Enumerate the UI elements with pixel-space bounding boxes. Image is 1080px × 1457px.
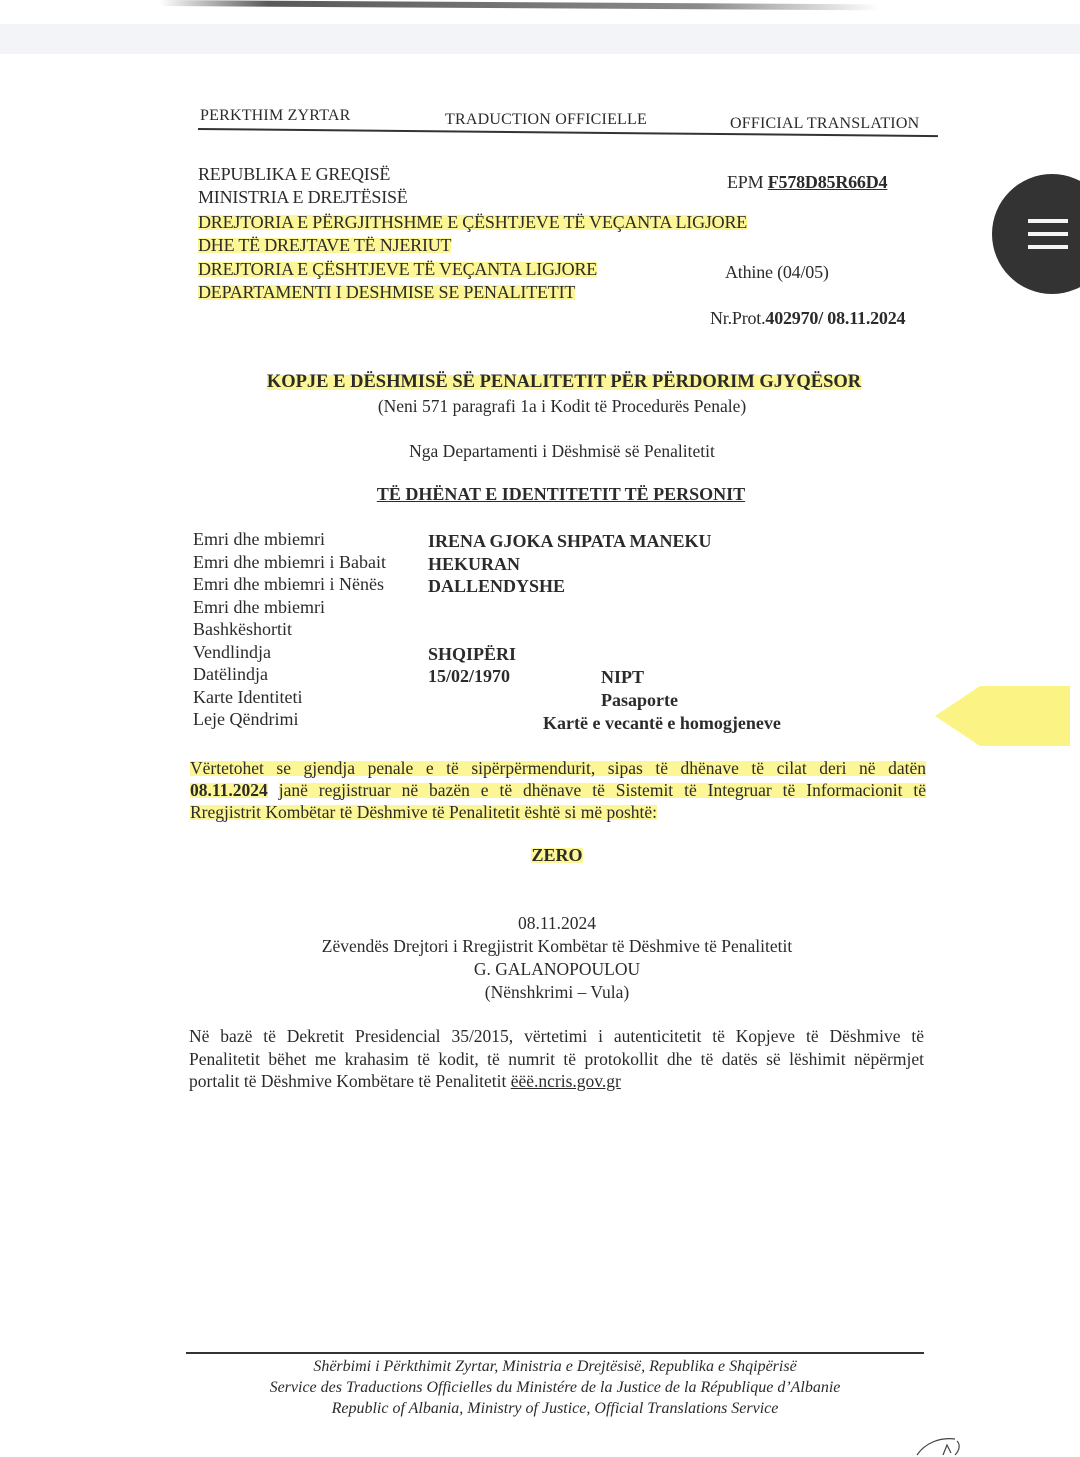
- section-heading-identity: TË DHËNAT E IDENTITETIT TË PERSONIT: [0, 484, 1080, 505]
- scan-edge-line: [160, 0, 880, 10]
- header-albanian: PERKTHIM ZYRTAR: [200, 107, 351, 125]
- label-id-card: Karte Identiteti: [193, 686, 386, 709]
- epm-label: EPM: [727, 172, 763, 192]
- header-french: TRADUCTION OFFICIELLE: [445, 111, 647, 129]
- value-father-name: HEKURAN: [428, 553, 712, 576]
- signature-scribble-icon: [915, 1435, 965, 1457]
- menu-bar-top: [1028, 219, 1068, 223]
- value-spouse-name-1: [428, 598, 712, 621]
- signature-note: (Nënshkrimi – Vula): [0, 981, 1080, 1004]
- value-birthdate: 15/02/1970: [428, 665, 712, 688]
- menu-bar-middle: [1028, 232, 1068, 236]
- verification-line-1: Në bazë të Dekretit Presidencial 35/2015…: [189, 1025, 924, 1048]
- issuer-line-3: DREJTORIA E PËRGJITHSHME E ÇËSHTJEVE TË …: [198, 211, 747, 234]
- label-residence-permit: Leje Qëndrimi: [193, 708, 386, 731]
- label-father-name: Emri dhe mbiemri i Babait: [193, 551, 386, 574]
- label-mother-name: Emri dhe mbiemri i Nënës: [193, 573, 386, 596]
- issuer-line-4: DHE TË DREJTAVE TË NJERIUT: [198, 234, 451, 257]
- footer-rule: [186, 1352, 924, 1354]
- issuer-line-3-text: DREJTORIA E PËRGJITHSHME E ÇËSHTJEVE TË …: [198, 212, 747, 232]
- certification-line-2: 08.11.2024 janë regjistruar në bazën e t…: [190, 779, 926, 801]
- issuer-line-6-text: DEPARTAMENTI I DESHMISE SE PENALITETIT: [198, 282, 575, 302]
- footer: Shërbimi i Përkthimit Zyrtar, Ministria …: [0, 1356, 1080, 1419]
- header-english: OFFICIAL TRANSLATION: [730, 115, 919, 133]
- issuer-line-2: MINISTRIA E DREJTËSISË: [198, 186, 408, 209]
- certification-line-1-text: Vërtetohet se gjendja penale e të sipërp…: [190, 758, 926, 778]
- certification-line-3: Rregjistrit Kombëtar të Dëshmive të Pena…: [190, 801, 926, 823]
- signature-date: 08.11.2024: [0, 912, 1080, 935]
- ncris-portal-link[interactable]: ëëë.ncris.gov.gr: [511, 1071, 621, 1091]
- document-title: KOPJE E DËSHMISË SË PENALITETIT PËR PËRD…: [0, 372, 1080, 393]
- issuer-line-6: DEPARTAMENTI I DESHMISE SE PENALITETIT: [198, 281, 575, 304]
- identity-values: IRENA GJOKA SHPATA MANEKU HEKURAN DALLEN…: [428, 530, 712, 688]
- issuer-line-5: DREJTORIA E ÇËSHTJEVE TË VEÇANTA LIGJORE: [198, 258, 597, 281]
- value-birthplace: SHQIPËRI: [428, 643, 712, 666]
- value-spouse-name-2: [428, 620, 712, 643]
- menu-bar-bottom: [1028, 245, 1068, 249]
- legal-basis: (Neni 571 paragrafi 1a i Kodit të Proced…: [0, 396, 1080, 417]
- label-spouse-name-2: Bashkëshortit: [193, 618, 386, 641]
- protocol-value: 402970/ 08.11.2024: [765, 308, 905, 328]
- footer-line-french: Service des Traductions Officielles du M…: [0, 1377, 1080, 1398]
- certification-line-1: Vërtetohet se gjendja penale e të sipërp…: [190, 757, 926, 779]
- label-spouse-name-1: Emri dhe mbiemri: [193, 596, 386, 619]
- signatory-name: G. GALANOPOULOU: [0, 958, 1080, 981]
- certification-paragraph: Vërtetohet se gjendja penale e të sipërp…: [190, 757, 926, 823]
- footer-line-albanian: Shërbimi i Përkthimit Zyrtar, Ministria …: [0, 1356, 1080, 1377]
- issuer-line-4-text: DHE TË DREJTAVE TË NJERIUT: [198, 235, 451, 255]
- verification-line-3-text: portalit të Dëshmive Kombëtare të Penali…: [189, 1071, 506, 1091]
- issuing-department: Nga Departamenti i Dëshmisë së Penalitet…: [0, 441, 1080, 462]
- signatory-role: Zëvendës Drejtori i Rregjistrit Kombëtar…: [0, 935, 1080, 958]
- footer-line-english: Republic of Albania, Ministry of Justice…: [0, 1398, 1080, 1419]
- document-title-text: KOPJE E DËSHMISË SË PENALITETIT PËR PËRD…: [267, 372, 861, 392]
- issuer-line-1: REPUBLIKA E GREQISË: [198, 163, 390, 186]
- document-page: PERKTHIM ZYRTAR TRADUCTION OFFICIELLE OF…: [0, 54, 1080, 1457]
- protocol-number: Nr.Prot.402970/ 08.11.2024: [710, 307, 905, 330]
- issue-place: Athine (04/05): [725, 261, 829, 284]
- criminal-record-result-text: ZERO: [531, 845, 582, 865]
- special-card-label: Kartë e vecantë e homogjeneve: [543, 712, 781, 735]
- label-full-name: Emri dhe mbiemri: [193, 528, 386, 551]
- viewer-top-bar: [0, 24, 1080, 54]
- verification-line-3: portalit të Dëshmive Kombëtare të Penali…: [189, 1070, 924, 1093]
- protocol-label: Nr.Prot.: [710, 308, 765, 328]
- criminal-record-result: ZERO: [0, 845, 1080, 866]
- passport-label: Pasaporte: [601, 689, 678, 712]
- certification-date: 08.11.2024: [190, 780, 268, 800]
- issuer-line-5-text: DREJTORIA E ÇËSHTJEVE TË VEÇANTA LIGJORE: [198, 259, 597, 279]
- verification-line-2: Penalitetit bëhet me krahasim të kodit, …: [189, 1048, 924, 1071]
- certification-line-3-text: Rregjistrit Kombëtar të Dëshmive të Pena…: [190, 802, 657, 822]
- value-mother-name: DALLENDYSHE: [428, 575, 712, 598]
- verification-paragraph: Në bazë të Dekretit Presidencial 35/2015…: [189, 1025, 924, 1093]
- value-full-name: IRENA GJOKA SHPATA MANEKU: [428, 530, 712, 553]
- epm-code: F578D85R66D4: [768, 172, 888, 192]
- epm-code-block: EPM F578D85R66D4: [727, 171, 887, 194]
- signature-block: 08.11.2024 Zëvendës Drejtori i Rregjistr…: [0, 912, 1080, 1004]
- identity-labels: Emri dhe mbiemri Emri dhe mbiemri i Baba…: [193, 528, 386, 731]
- highlighter-arrow-mark: [935, 686, 1070, 746]
- certification-line-2-text: janë regjistruar në bazën e të dhënave t…: [279, 780, 926, 800]
- label-birthplace: Vendlindja: [193, 641, 386, 664]
- nipt-label: NIPT: [601, 666, 644, 689]
- label-birthdate: Datëlindja: [193, 663, 386, 686]
